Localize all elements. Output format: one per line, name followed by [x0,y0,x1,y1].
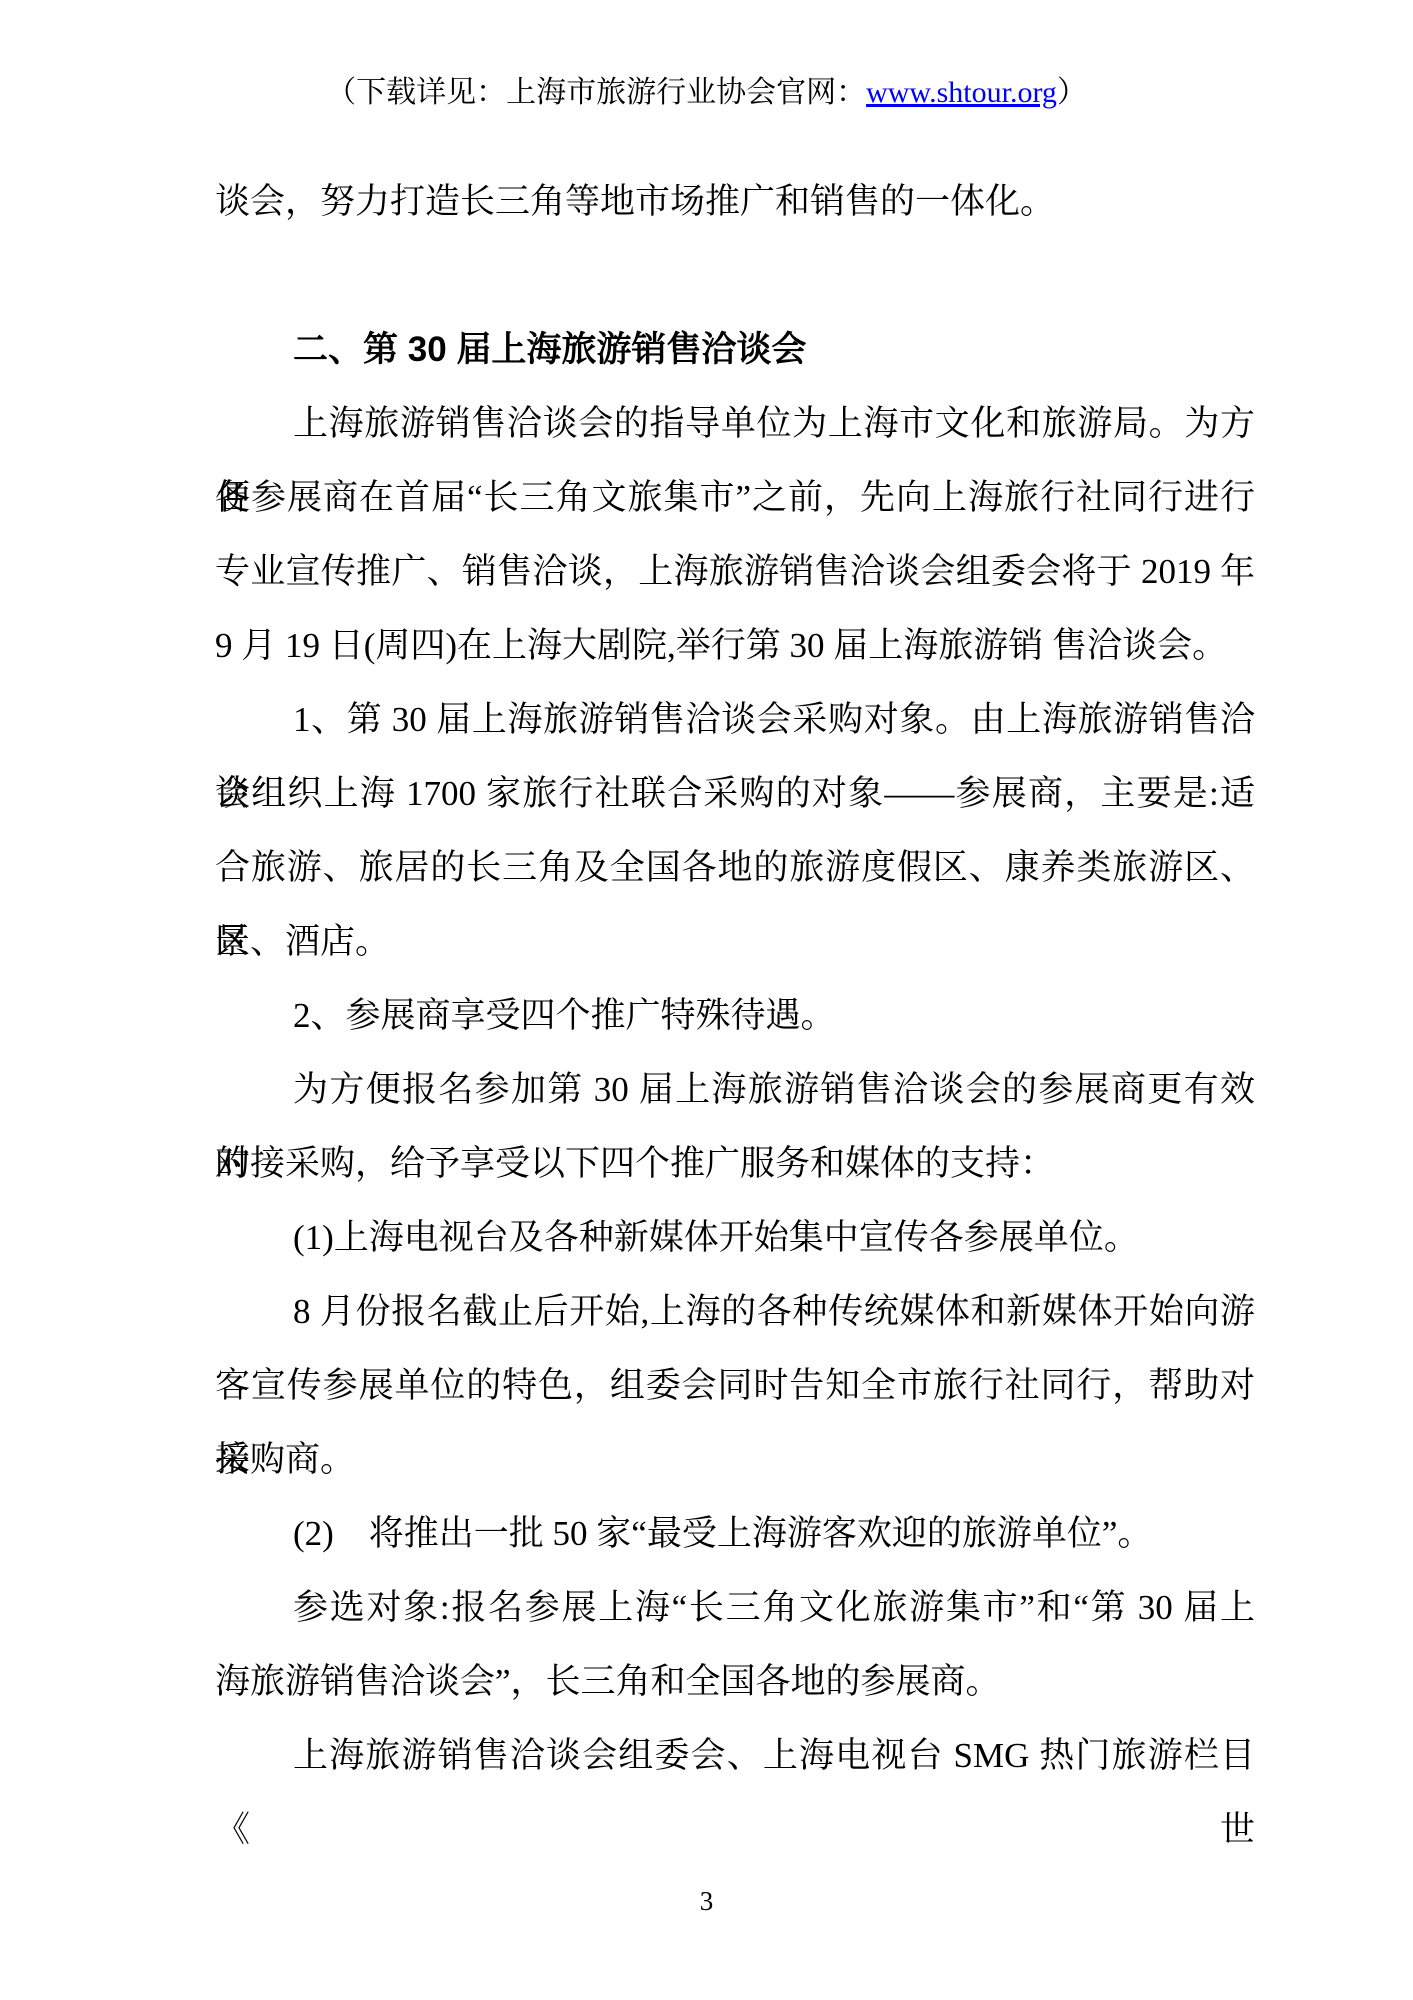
page-number: 3 [0,1884,1413,1918]
paragraph-line: 海旅游销售洽谈会”，长三角和全国各地的参展商。 [215,1645,1255,1719]
paragraph-line: 为方便报名参加第 30 届上海旅游销售洽谈会的参展商更有效的 [215,1053,1255,1127]
paragraph-line: 参选对象:报名参展上海“长三角文化旅游集市”和“第 30 届上 [215,1571,1255,1645]
paragraph-line: (2) 将推出一批 50 家“最受上海游客欢迎的旅游单位”。 [215,1497,1255,1571]
blank-line [215,239,1255,313]
paragraph-line: 对接采购，给予享受以下四个推广服务和媒体的支持： [215,1127,1255,1201]
paragraph-line: 合旅游、旅居的长三角及全国各地的旅游度假区、康养类旅游区、景 [215,831,1255,905]
paragraph-line: 上海旅游销售洽谈会组委会、上海电视台 SMG 热门旅游栏目《世 [215,1719,1255,1793]
paragraph-line: 专业宣传推广、销售洽谈，上海旅游销售洽谈会组委会将于 2019 年 [215,535,1255,609]
header-note-prefix: （下载详见：上海市旅游行业协会官网： [326,76,866,109]
paragraph-line: 区、酒店。 [215,905,1255,979]
paragraph-line: 2、参展商享受四个推广特殊待遇。 [215,979,1255,1053]
paragraph-line: 采购商。 [215,1423,1255,1497]
paragraph-line: 客宣传参展单位的特色，组委会同时告知全市旅行社同行，帮助对接 [215,1349,1255,1423]
paragraph-line: 上海旅游销售洽谈会的指导单位为上海市文化和旅游局。为方便 [215,387,1255,461]
section-heading: 二、第 30 届上海旅游销售洽谈会 [215,313,1255,387]
header-note: （下载详见：上海市旅游行业协会官网：www.shtour.org） [0,70,1413,116]
document-page: { "header": { "prefix": "（下载详见：上海市旅游行业协会… [0,0,1413,2000]
paragraph-line: 会组织上海 1700 家旅行社联合采购的对象——参展商，主要是:适 [215,757,1255,831]
header-note-suffix: ） [1057,76,1087,109]
paragraph-line: (1)上海电视台及各种新媒体开始集中宣传各参展单位。 [215,1201,1255,1275]
paragraph-line: 谈会，努力打造长三角等地市场推广和销售的一体化。 [215,165,1255,239]
paragraph-line: 8 月份报名截止后开始,上海的各种传统媒体和新媒体开始向游 [215,1275,1255,1349]
official-site-link[interactable]: www.shtour.org [866,76,1057,109]
paragraph-line: 1、第 30 届上海旅游销售洽谈会采购对象。由上海旅游销售洽谈 [215,683,1255,757]
paragraph-line: 各参展商在首届“长三角文旅集市”之前，先向上海旅行社同行进行 [215,461,1255,535]
paragraph-line: 9 月 19 日(周四)在上海大剧院,举行第 30 届上海旅游销 售洽谈会。 [215,609,1255,683]
document-body: 谈会，努力打造长三角等地市场推广和销售的一体化。 二、第 30 届上海旅游销售洽… [215,165,1255,1793]
